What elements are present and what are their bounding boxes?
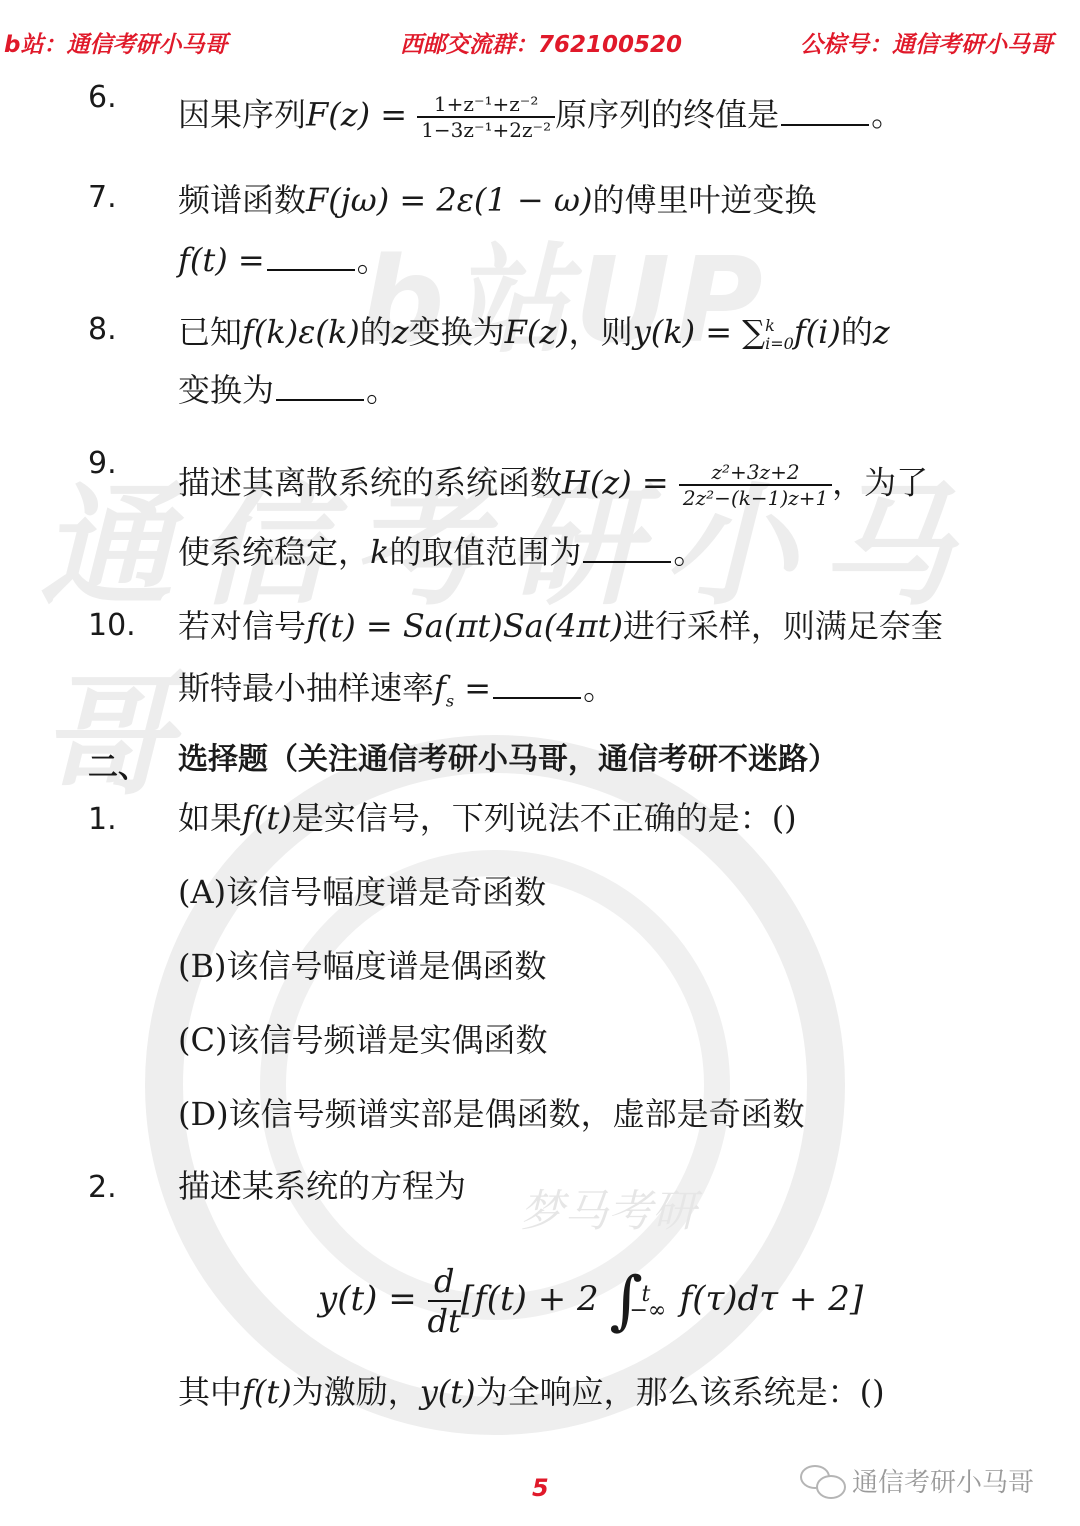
c1-formula: f(t) — [242, 799, 292, 837]
q8-text-a: 已知 — [178, 313, 242, 351]
q8-text-e: 的 — [841, 313, 873, 351]
question-8-line2: 变换为。 — [178, 370, 398, 410]
period: 。 — [871, 96, 903, 134]
c2-mid: 为激励， — [292, 1373, 420, 1411]
q10-post: 进行采样，则满足奈奎 — [623, 607, 943, 645]
question-6: 因果序列F(z) = 1+z⁻¹+z⁻²1−3z⁻¹+2z⁻²原序列的终值是。 — [178, 92, 903, 142]
q10-text: 若对信号 — [178, 607, 306, 645]
answer-blank[interactable] — [583, 533, 671, 563]
eq-rest: f(τ)dτ + 2] — [680, 1279, 864, 1319]
q8-formula-1: f(k)ε(k) — [242, 313, 360, 351]
answer-blank[interactable] — [267, 241, 355, 271]
section-title: 选择题（关注通信考研小马哥，通信考研不迷路） — [178, 740, 838, 780]
eq-lhs: y(t) = — [318, 1279, 417, 1319]
c1-post: 是实信号，下列说法不正确的是：() — [292, 799, 797, 837]
q7-post: 的傅里叶逆变换 — [592, 181, 816, 219]
question-7-line1: 频谱函数F(jω) = 2ε(1 − ω)的傅里叶逆变换 — [178, 180, 816, 220]
wechat-icon — [800, 1463, 846, 1499]
header-wechat-account: 公棕号：通信考研小马哥 — [800, 26, 1053, 59]
question-9-line1: 描述其离散系统的系统函数H(z) = z²+3z+22z²−(k−1)z+1，为… — [178, 460, 928, 510]
question-10-line2: 斯特最小抽样速率fs =。 — [178, 668, 615, 721]
option-a[interactable]: (A)该信号幅度谱是奇函数 — [178, 872, 546, 912]
question-10-line1: 若对信号f(t) = Sa(πt)Sa(4πt)进行采样，则满足奈奎 — [178, 606, 943, 646]
question-number: 7. — [88, 180, 117, 215]
q6-fraction: 1+z⁻¹+z⁻²1−3z⁻¹+2z⁻² — [417, 92, 555, 142]
answer-blank[interactable] — [493, 669, 581, 699]
q9-line2-post: 的取值范围为 — [389, 533, 581, 571]
derivative-fraction: ddt — [428, 1262, 461, 1340]
q8-z: z — [392, 313, 409, 351]
eq-bracket: [f(t) + 2 — [461, 1279, 599, 1319]
c2-post: 为全响应，那么该系统是：() — [476, 1373, 885, 1411]
period: 。 — [366, 371, 398, 409]
q10-fs: f — [434, 669, 446, 707]
option-c[interactable]: (C)该信号频谱是实偶函数 — [178, 1020, 547, 1060]
deriv-num: d — [428, 1262, 461, 1302]
footer-brand: 通信考研小马哥 — [800, 1462, 1034, 1499]
q6-numerator: 1+z⁻¹+z⁻² — [417, 92, 555, 118]
q8-text-c: 变换为 — [409, 313, 505, 351]
q6-formula-lhs: F(z) = — [306, 96, 407, 134]
sum-upper: k — [765, 317, 794, 335]
q8-formula-4: f(i) — [794, 313, 841, 351]
q6-post: 原序列的终值是 — [555, 96, 779, 134]
q9-line2-pre: 使系统稳定， — [178, 533, 370, 571]
q8-text-d: ，则 — [569, 313, 633, 351]
period: 。 — [673, 533, 705, 571]
footer-brand-text: 通信考研小马哥 — [852, 1462, 1034, 1499]
q9-formula-lhs: H(z) = — [562, 464, 669, 502]
answer-blank[interactable] — [276, 371, 364, 401]
choice-question-2-tail: 其中f(t)为激励，y(t)为全响应，那么该系统是：() — [178, 1372, 885, 1412]
q7-formula-ft: f(t) = — [178, 241, 265, 279]
integral-sign: ∫t−∞ — [609, 1281, 642, 1321]
option-b[interactable]: (B)该信号幅度谱是偶函数 — [178, 946, 547, 986]
question-number: 2. — [88, 1170, 117, 1205]
question-number: 8. — [88, 312, 117, 347]
question-9-line2: 使系统稳定，k的取值范围为。 — [178, 532, 705, 572]
q9-k: k — [370, 533, 389, 571]
page-header: b站：通信考研小马哥 西邮交流群：762100520 公棕号：通信考研小马哥 — [0, 26, 1080, 60]
q10-formula: f(t) = Sa(πt)Sa(4πt) — [306, 607, 623, 645]
q6-text: 因果序列 — [178, 96, 306, 134]
deriv-den: dt — [428, 1302, 461, 1340]
question-8-line1: 已知f(k)ε(k)的z变换为F(z)，则y(k) = ∑ki=0f(i)的z — [178, 312, 890, 353]
page-number: 5 — [532, 1474, 549, 1502]
question-number: 6. — [88, 80, 117, 115]
header-bilibili: b站：通信考研小马哥 — [4, 26, 227, 59]
period: 。 — [357, 241, 389, 279]
question-number: 10. — [88, 608, 136, 643]
section-number: 二、 — [88, 742, 148, 786]
watermark-seal-inner — [260, 850, 730, 1320]
choice-question-2: 描述某系统的方程为 — [178, 1166, 466, 1206]
q10-eq: = — [454, 669, 491, 707]
q8-text-b: 的 — [360, 313, 392, 351]
q9-text: 描述其离散系统的系统函数 — [178, 464, 562, 502]
question-number: 9. — [88, 446, 117, 481]
answer-blank[interactable] — [781, 96, 869, 126]
q8-z2: z — [873, 313, 890, 351]
c2-ft: f(t) — [242, 1373, 292, 1411]
choice-question-1: 如果f(t)是实信号，下列说法不正确的是：() — [178, 798, 797, 838]
equation: y(t) = ddt[f(t) + 2 ∫t−∞ f(τ)dτ + 2] — [318, 1262, 863, 1340]
q9-fraction: z²+3z+22z²−(k−1)z+1 — [679, 460, 832, 510]
sum-lower: i=0 — [765, 335, 794, 353]
q8-formula-3: y(k) = ∑ — [633, 313, 765, 351]
option-d[interactable]: (D)该信号频谱实部是偶函数，虚部是奇函数 — [178, 1094, 805, 1134]
q10-line2-pre: 斯特最小抽样速率 — [178, 669, 434, 707]
question-number: 1. — [88, 802, 117, 837]
period: 。 — [583, 669, 615, 707]
header-qq-group: 西邮交流群：762100520 — [400, 26, 682, 59]
q7-formula: F(jω) = 2ε(1 − ω) — [306, 181, 592, 219]
q8-line2-text: 变换为 — [178, 371, 274, 409]
q10-fs-sub: s — [446, 691, 454, 710]
q8-formula-2: F(z) — [505, 313, 569, 351]
q9-denominator: 2z²−(k−1)z+1 — [679, 486, 832, 510]
q9-post: ，为了 — [832, 464, 928, 502]
integral-lower: −∞ — [629, 1291, 666, 1331]
q9-numerator: z²+3z+2 — [679, 460, 832, 486]
c2-yt: y(t) — [420, 1373, 476, 1411]
c2-pre: 其中 — [178, 1373, 242, 1411]
sum-limits: ki=0 — [765, 317, 794, 353]
q7-text: 频谱函数 — [178, 181, 306, 219]
c1-pre: 如果 — [178, 799, 242, 837]
q6-denominator: 1−3z⁻¹+2z⁻² — [417, 118, 555, 142]
watermark-seal-text: 梦马考研 — [520, 1175, 696, 1239]
question-7-line2: f(t) =。 — [178, 240, 389, 280]
